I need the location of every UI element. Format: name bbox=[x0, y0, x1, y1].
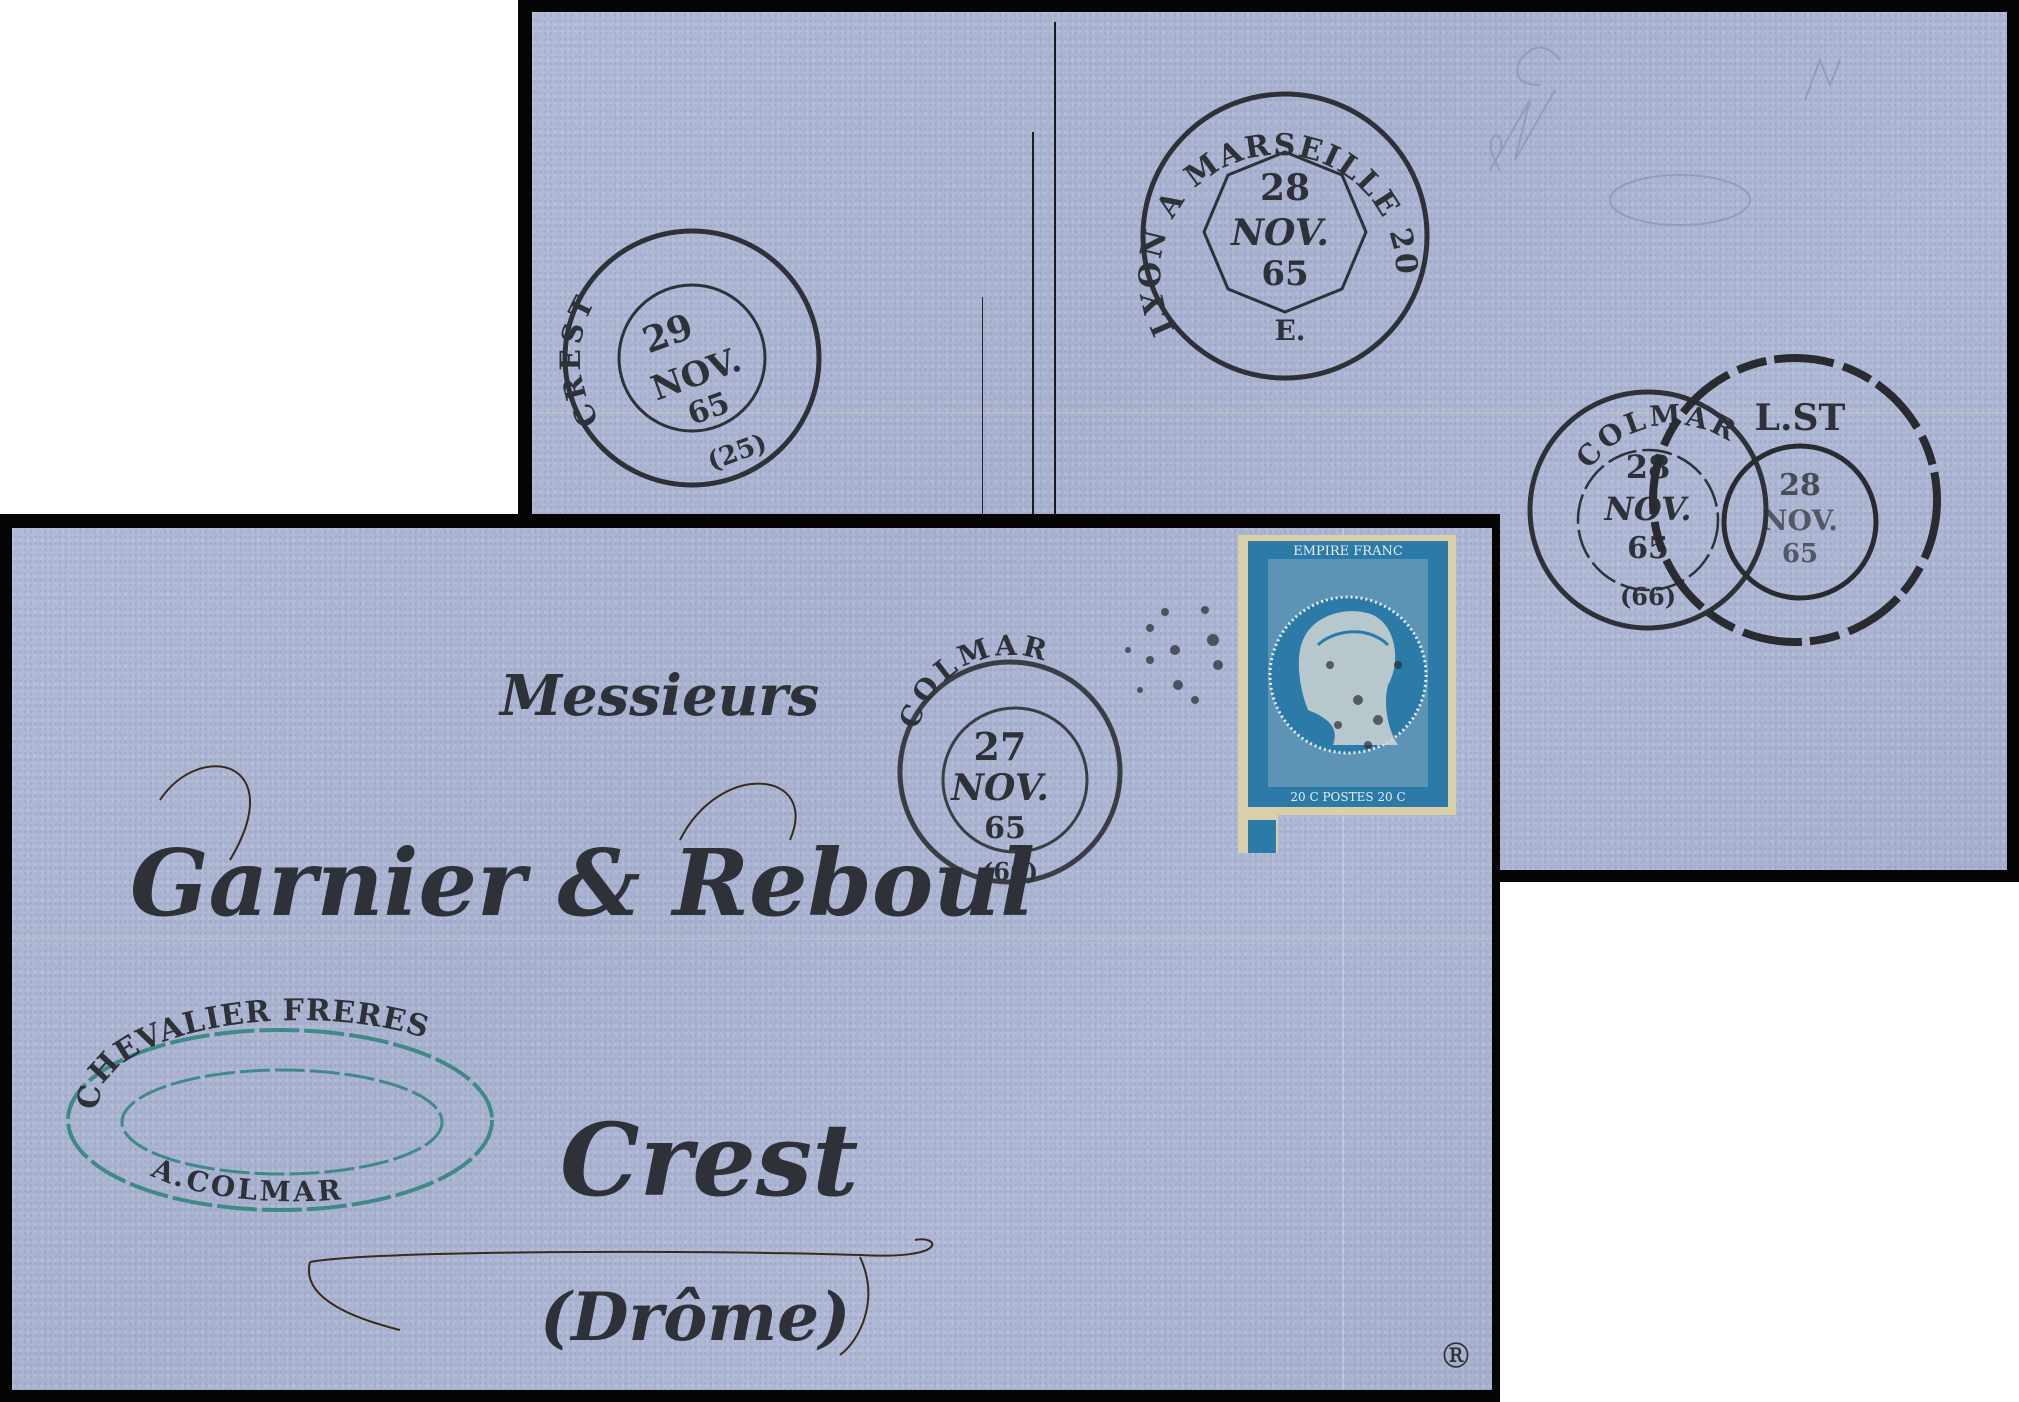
city: Crest bbox=[560, 1101, 858, 1219]
svg-text:COLMAR: COLMAR bbox=[893, 629, 1054, 732]
lozenge-cancel-dots bbox=[1125, 606, 1223, 704]
svg-text:28: 28 bbox=[1779, 468, 1821, 503]
svg-text:28: 28 bbox=[1626, 448, 1671, 486]
svg-text:NOV.: NOV. bbox=[1762, 504, 1838, 537]
chevalier-freres-cachet: CHEVALIER FRERES A.COLMAR bbox=[68, 993, 492, 1210]
expert-mark: Ⓡ bbox=[1443, 1341, 1469, 1372]
pencil-notes bbox=[1490, 48, 1840, 226]
svg-text:65: 65 bbox=[1261, 254, 1308, 294]
postage-stamp-20c-napoleon: EMPIRE FRANC 20 C POSTES 20 C bbox=[1238, 535, 1456, 853]
svg-text:NOV.: NOV. bbox=[1230, 212, 1329, 254]
svg-text:27: 27 bbox=[974, 724, 1027, 769]
lyon-marseille-postmark: LYON A MARSEILLE 20 28 NOV. 65 E. bbox=[1133, 94, 1427, 378]
colmar-transit-postmark: COLMAR 28 NOV. 65 (66) bbox=[1530, 392, 1766, 628]
svg-text:CHEVALIER FRERES: CHEVALIER FRERES bbox=[71, 993, 433, 1111]
svg-text:NOV.: NOV. bbox=[950, 767, 1049, 809]
markings-layer: CREST 29 NOV. 65 (25) LYON A MARSEILLE 2… bbox=[0, 0, 2019, 1402]
svg-text:(25): (25) bbox=[704, 428, 771, 477]
department: (Drôme) bbox=[540, 1278, 850, 1356]
partial-transit-postmark: L.ST 28 NOV. 65 bbox=[1653, 358, 1937, 642]
svg-text:CREST: CREST bbox=[554, 288, 606, 433]
svg-text:65: 65 bbox=[1782, 539, 1818, 569]
svg-text:29: 29 bbox=[637, 305, 698, 362]
salutation: Messieurs bbox=[498, 663, 819, 729]
svg-text:(66): (66) bbox=[1620, 582, 1676, 611]
svg-text:NOV.: NOV. bbox=[1604, 490, 1692, 528]
crest-postmark: CREST 29 NOV. 65 (25) bbox=[554, 231, 819, 485]
svg-text:E.: E. bbox=[1274, 314, 1305, 347]
svg-text:28: 28 bbox=[1260, 167, 1310, 209]
svg-text:EMPIRE FRANC: EMPIRE FRANC bbox=[1293, 544, 1403, 559]
svg-text:L.ST: L.ST bbox=[1755, 397, 1846, 439]
svg-text:20 C POSTES 20 C: 20 C POSTES 20 C bbox=[1290, 790, 1405, 804]
addressee: Garnier & Reboul bbox=[130, 829, 1035, 937]
